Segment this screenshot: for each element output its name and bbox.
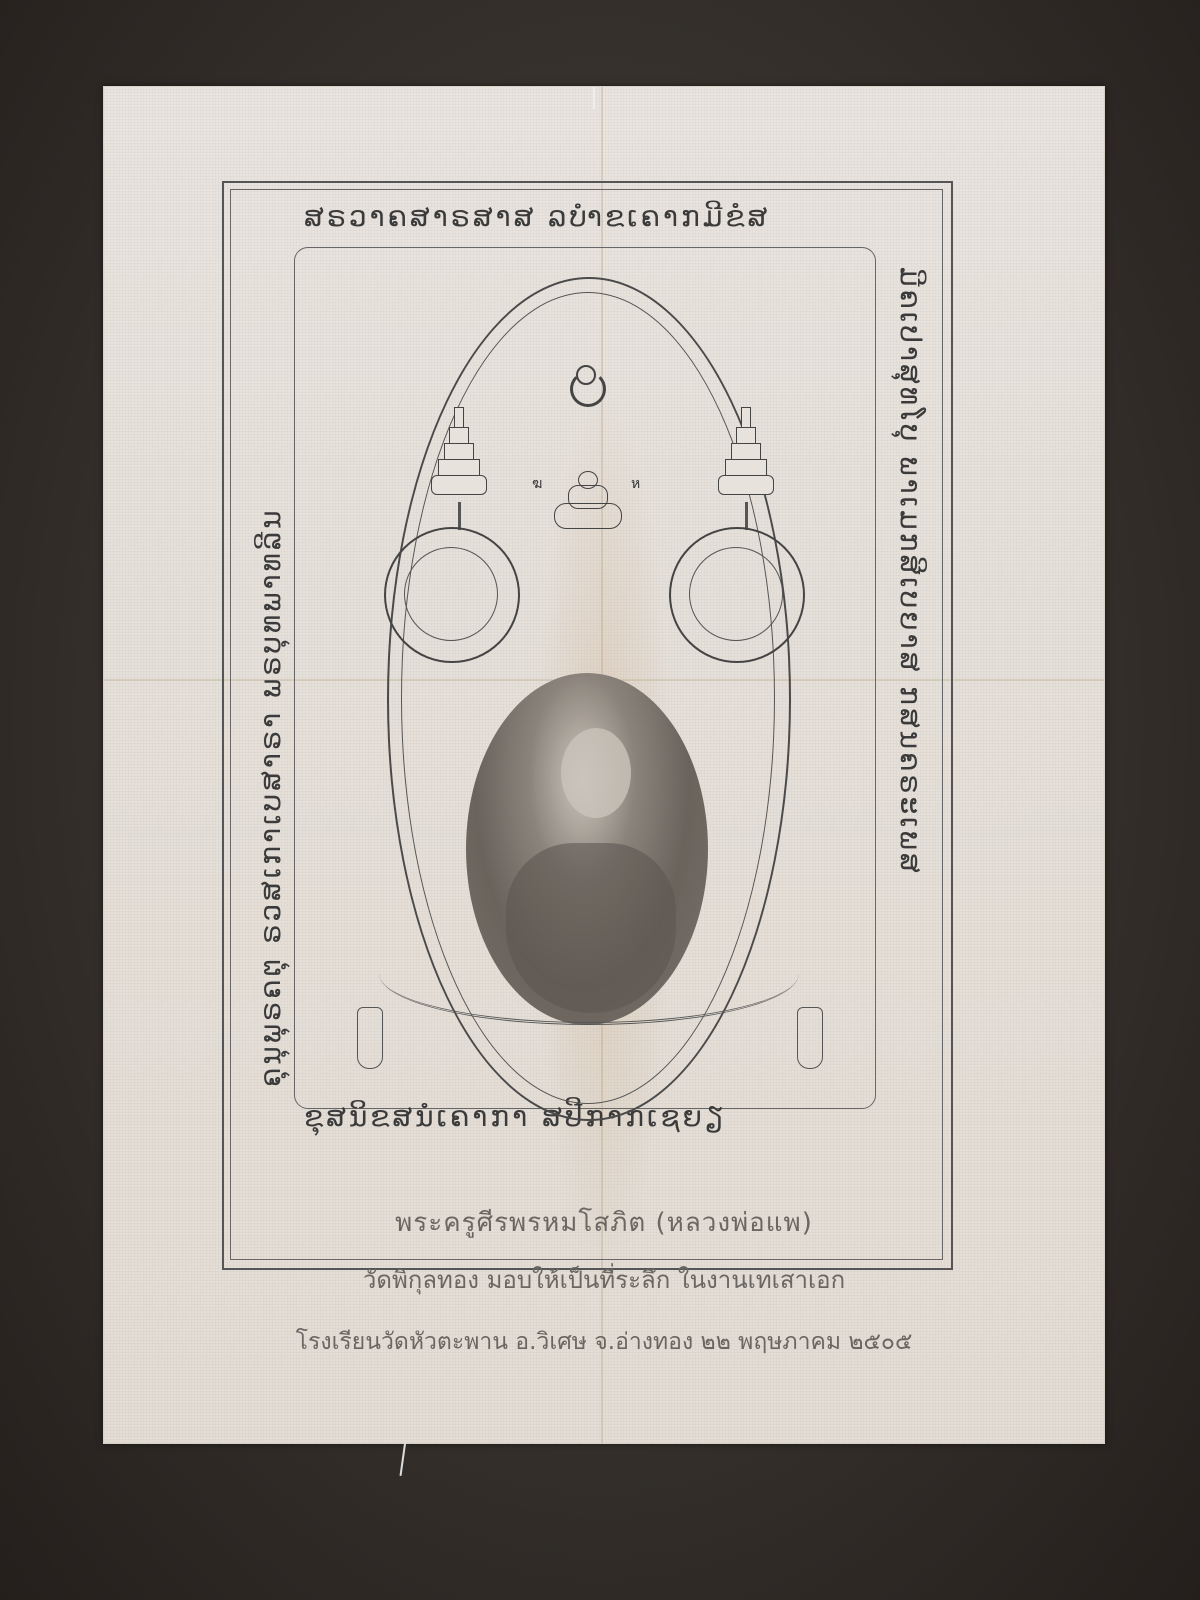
astrology-wheel-icon: [384, 527, 520, 663]
astrology-wheel-icon: [669, 527, 805, 663]
symbol-right: ห: [631, 473, 640, 495]
bottom-border-script: ຂຸສນິຂສນໍເຄາກາ ສປີກາກເຊຍຽ: [304, 1100, 726, 1133]
stupa-spire-icon: [716, 407, 776, 507]
symbol-left: ฆ: [532, 473, 542, 495]
loose-thread-bottom: [400, 1440, 407, 1476]
loose-thread-top: [593, 87, 595, 109]
right-border-script: ມີຄເປາສຸທໂບຸ ພາເມກສີເບຍາສ ກສນຄຣະເພສ: [894, 267, 927, 1087]
spire-pole: [745, 502, 748, 530]
tassel-icon: [349, 987, 389, 1077]
caption-temple-dedication: วัดพิกุลทอง มอบให้เป็นที่ระลึก ในงานเทเส…: [104, 1260, 1104, 1299]
left-border-script: ຄຸນຸພຸຣຄຕຸ ຣວສເກາເບສາຣາ ພຣບຸທພາທລີນ: [254, 267, 287, 1087]
caption-location-date: โรงเรียนวัดหัวตะพาน อ.วิเศษ จ.อ่างทอง ๒๒…: [104, 1324, 1104, 1360]
crescent-icon: [570, 371, 606, 407]
stupa-spire-icon: [429, 407, 489, 507]
yant-cloth: ສຣວາຄສາຣສາສ ລບຳຂເຄາກມີຂໍສ ຂຸສນິຂສນໍເຄາກາ…: [103, 86, 1105, 1444]
seated-buddha-icon: [554, 471, 620, 531]
caption-monk-name: พระครูศีรพรหมโสภิต (หลวงพ่อแพ): [104, 1202, 1104, 1243]
flower-garland: [379, 922, 799, 1025]
spire-pole: [458, 502, 461, 530]
tassel-icon: [789, 987, 829, 1077]
top-border-script: ສຣວາຄສາຣສາສ ລບຳຂເຄາກມີຂໍສ: [304, 200, 770, 233]
portrait-face: [561, 728, 631, 818]
